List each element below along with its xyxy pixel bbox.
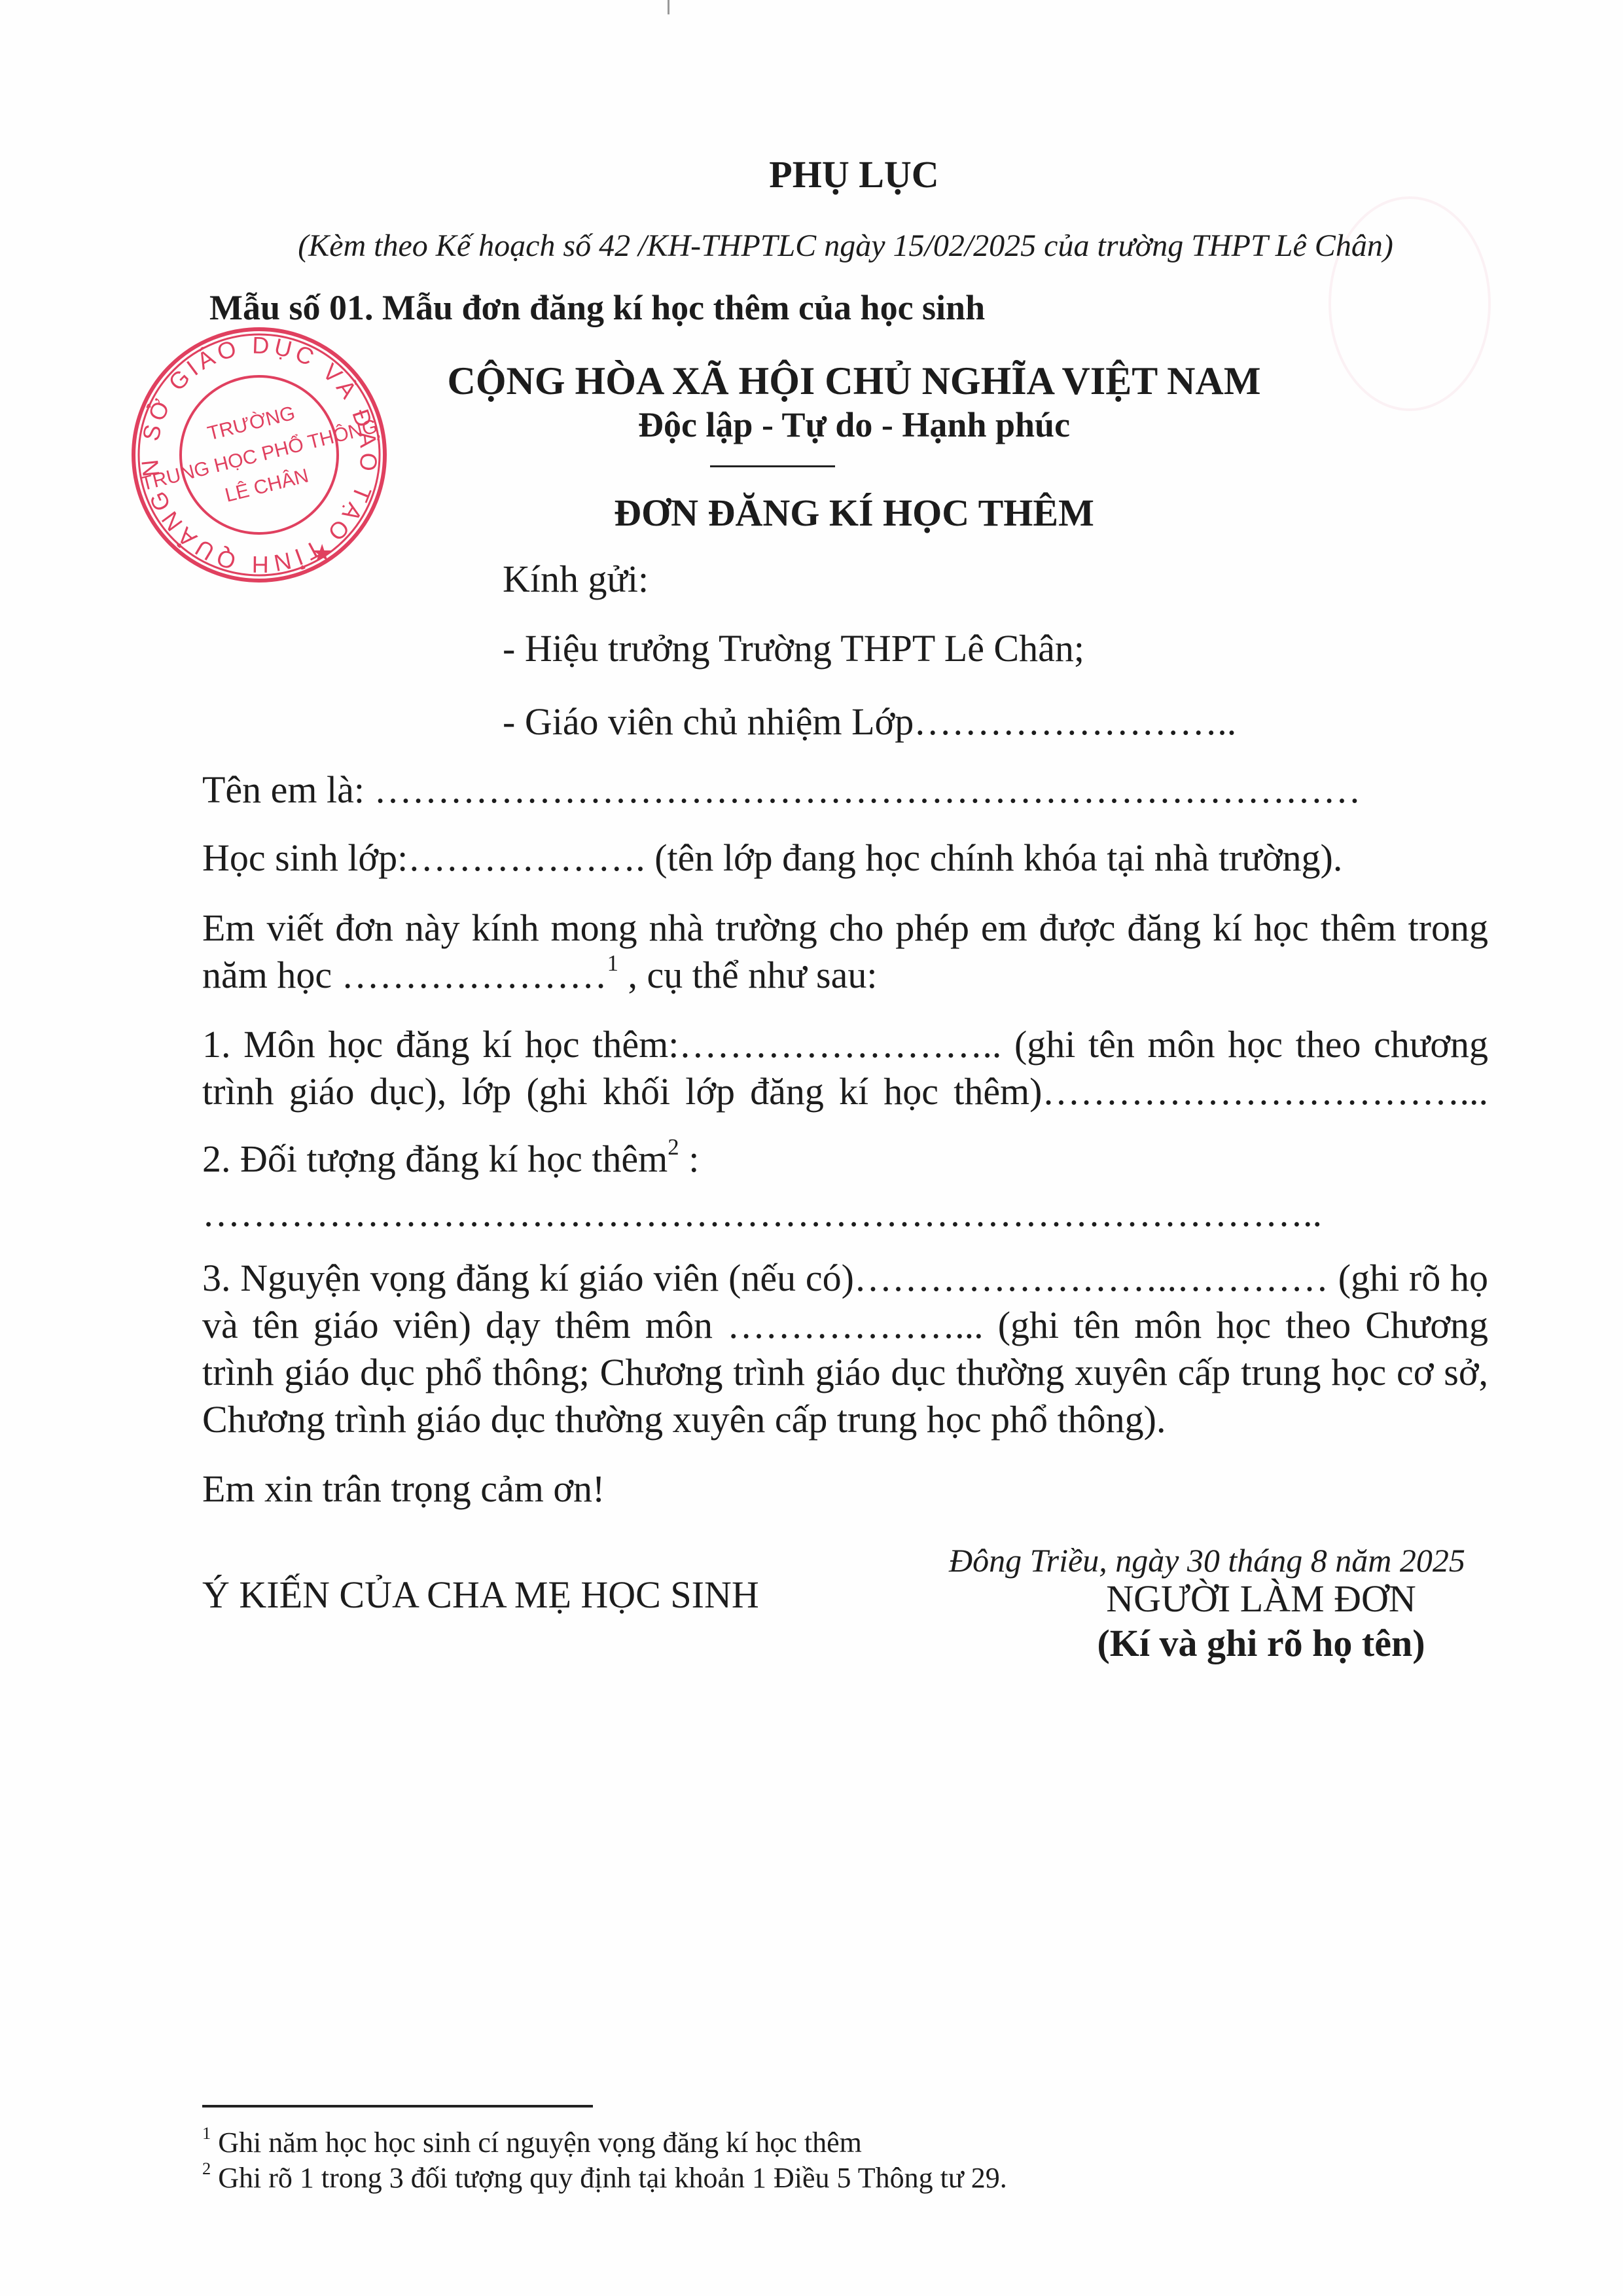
footnote-separator (202, 2105, 593, 2108)
item-teacher-text: 3. Nguyện vọng đăng kí giáo viên (nếu có… (202, 1257, 1488, 1441)
footnote-mark-2: 2 (202, 2159, 211, 2178)
footnote-mark-1: 1 (202, 2123, 211, 2143)
applicant-signature-hint: (Kí và ghi rõ họ tên) (1097, 1624, 1425, 1662)
recipient-principal: - Hiệu trưởng Trường THPT Lê Chân; (503, 630, 1084, 668)
footnote-ref-2: 2 (668, 1134, 679, 1160)
place-date: Đông Triều, ngày 30 tháng 8 năm 2025 (949, 1541, 1465, 1579)
footnote-ref-1: 1 (607, 950, 618, 976)
footnote-1: 1 Ghi năm học học sinh cí nguyện vọng đă… (202, 2128, 862, 2157)
footnote-2: 2 Ghi rõ 1 trong 3 đối tượng quy định tạ… (202, 2164, 1007, 2193)
footnote-text-2: Ghi rõ 1 trong 3 đối tượng quy định tại … (211, 2162, 1007, 2194)
motto-underline (710, 465, 835, 467)
item-target-field[interactable]: …………………………………………………………………………….. (202, 1194, 1322, 1232)
form-title: ĐƠN ĐĂNG KÍ HỌC THÊM (614, 491, 1094, 535)
item-subject[interactable]: 1. Môn học đăng kí học thêm:…………………….. (… (202, 1021, 1488, 1115)
recipients-label: Kính gửi: (503, 560, 649, 598)
student-name-field[interactable]: Tên em là: …………………………………………………………………… (202, 771, 1361, 809)
national-motto: CỘNG HÒA XÃ HỘI CHỦ NGHĨA VIỆT NAM (448, 359, 1261, 404)
appendix-subtitle: (Kèm theo Kế hoạch số 42 /KH-THPTLC ngày… (298, 228, 1393, 264)
stamp-icon: SỞ GIÁO DỤC VÀ ĐÀO TẠO TỈNH QUẢNG NINH T… (128, 324, 390, 586)
recipient-homeroom-teacher: - Giáo viên chủ nhiệm Lớp…………………….. (503, 703, 1236, 741)
thanks-text: Em xin trân trọng cảm ơn! (202, 1470, 605, 1508)
applicant-label: NGƯỜI LÀM ĐƠN (1106, 1580, 1416, 1618)
parent-opinion-label: Ý KIẾN CỦA CHA MẸ HỌC SINH (202, 1576, 759, 1614)
form-label: Mẫu số 01. Mẫu đơn đăng kí học thêm của … (209, 290, 985, 325)
request-text-end: , cụ thể như sau: (618, 954, 877, 996)
national-subtitle: Độc lập - Tự do - Hạnh phúc (638, 407, 1070, 442)
svg-text:★: ★ (312, 540, 332, 566)
school-stamp: SỞ GIÁO DỤC VÀ ĐÀO TẠO TỈNH QUẢNG NINH T… (128, 324, 390, 586)
item-target-label: 2. Đối tượng đăng kí học thêm2 : (202, 1140, 699, 1178)
appendix-title: PHỤ LỤC (769, 156, 938, 194)
item-target-text: 2. Đối tượng đăng kí học thêm (202, 1138, 668, 1180)
student-class-field[interactable]: Học sinh lớp:………………. (tên lớp đang học c… (202, 839, 1342, 877)
item-target-colon: : (679, 1138, 700, 1180)
scan-mark (668, 0, 669, 14)
footnote-text-1: Ghi năm học học sinh cí nguyện vọng đăng… (211, 2126, 862, 2159)
request-paragraph: Em viết đơn này kính mong nhà trường cho… (202, 905, 1488, 999)
item-teacher-preference[interactable]: 3. Nguyện vọng đăng kí giáo viên (nếu có… (202, 1255, 1488, 1443)
item-subject-text: 1. Môn học đăng kí học thêm:…………………….. (… (202, 1023, 1488, 1113)
